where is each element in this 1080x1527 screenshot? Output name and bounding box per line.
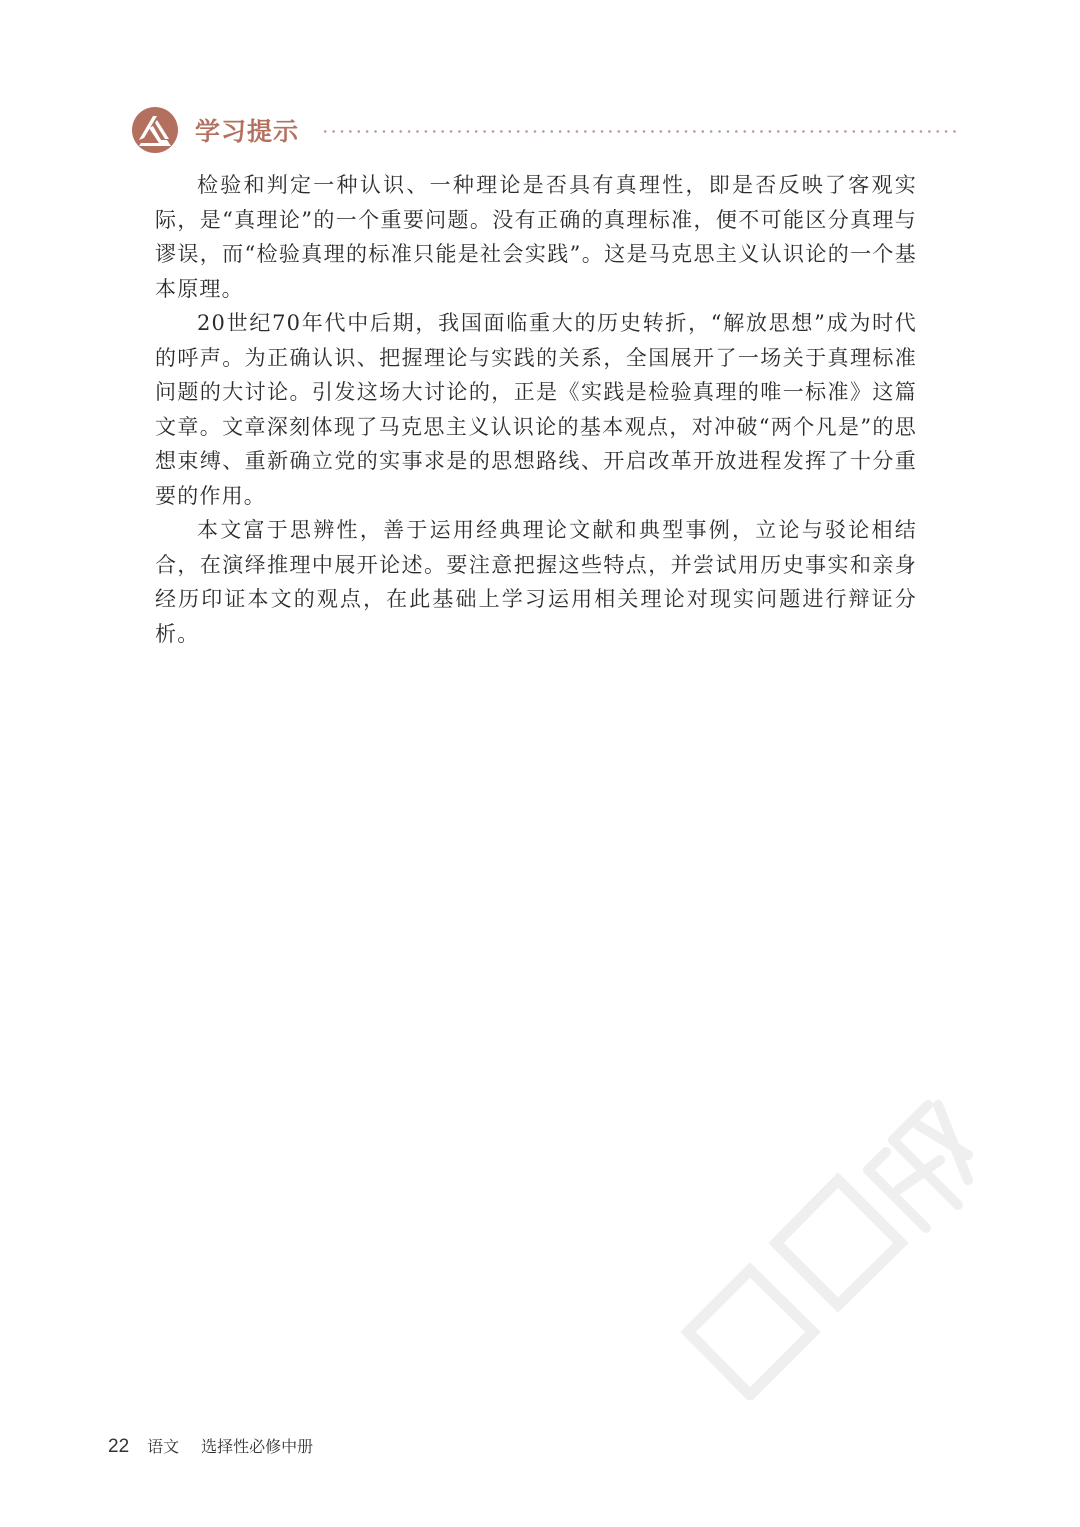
paragraph-1: 检验和判定一种认识、一种理论是否具有真理性，即是否反映了客观实际，是“真理论”的…: [155, 168, 917, 306]
study-tips-body: 检验和判定一种认识、一种理论是否具有真理性，即是否反映了客观实际，是“真理论”的…: [155, 168, 917, 651]
dotted-divider: [321, 130, 961, 133]
paragraph-3: 本文富于思辨性，善于运用经典理论文献和典型事例，立论与驳论相结合，在演绎推理中展…: [155, 513, 917, 651]
subject-label: 语文: [147, 1434, 179, 1457]
study-tips-logo-icon: [131, 106, 179, 154]
book-title: 选择性必修中册: [201, 1434, 313, 1457]
section-header: 学习提示: [131, 106, 961, 154]
page-number: 22: [108, 1436, 129, 1458]
watermark: [668, 1060, 1008, 1400]
section-title: 学习提示: [195, 112, 299, 148]
paragraph-2: 20世纪70年代中后期，我国面临重大的历史转折，“解放思想”成为时代的呼声。为正…: [155, 306, 917, 513]
page-footer: 22 语文 选择性必修中册: [108, 1434, 313, 1458]
